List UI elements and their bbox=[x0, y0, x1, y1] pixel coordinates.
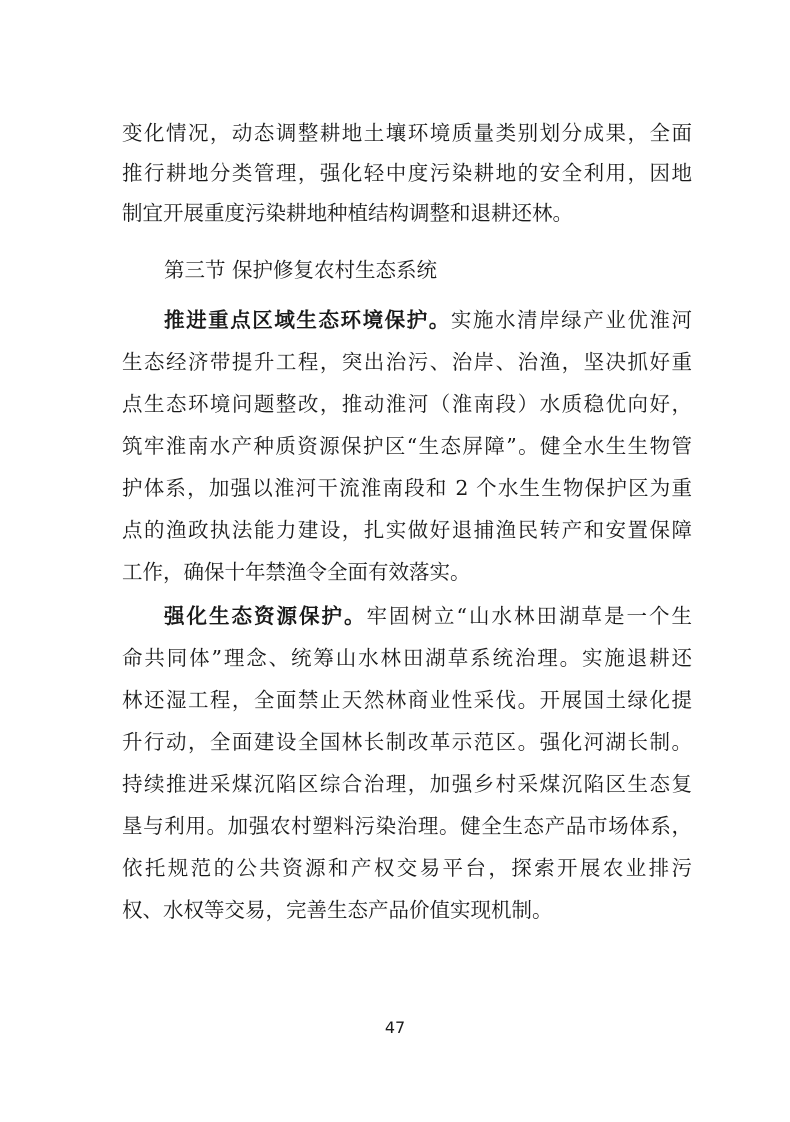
paragraph-line: 命共同体”理念、统筹山水林田湖草系统治理。实施退耕还 bbox=[122, 644, 692, 672]
paragraph-line: 变化情况，动态调整耕地土壤环境质量类别划分成果，全面 bbox=[122, 119, 692, 147]
paragraph-line: 升行动，全面建设全国林长制改革示范区。强化河湖长制。 bbox=[122, 728, 692, 756]
section-heading: 第三节 保护修复农村生态系统 bbox=[164, 256, 437, 284]
paragraph-line: 点生态环境问题整改，推动淮河（淮南段）水质稳优向好， bbox=[122, 390, 692, 418]
paragraph-line: 依托规范的公共资源和产权交易平台，探索开展农业排污 bbox=[122, 854, 692, 882]
paragraph-lead: 强化生态资源保护。 bbox=[164, 604, 367, 628]
paragraph-line: 林还湿工程，全面禁止天然林商业性采伐。开展国土绿化提 bbox=[122, 686, 692, 714]
paragraph-line: 垦与利用。加强农村塑料污染治理。健全生态产品市场体系， bbox=[122, 812, 692, 840]
paragraph-line: 权、水权等交易，完善生态产品价值实现机制。 bbox=[122, 896, 692, 924]
document-page: 变化情况，动态调整耕地土壤环境质量类别划分成果，全面 推行耕地分类管理，强化轻中… bbox=[0, 0, 790, 1122]
paragraph-lead: 推进重点区域生态环境保护。 bbox=[164, 308, 451, 332]
paragraph-first-line: 强化生态资源保护。牢固树立“山水林田湖草是一个生 bbox=[164, 602, 692, 630]
paragraph-first-line: 推进重点区域生态环境保护。实施水清岸绿产业优淮河 bbox=[164, 306, 692, 334]
paragraph-line: 点的渔政执法能力建设，扎实做好退捕渔民转产和安置保障 bbox=[122, 516, 692, 544]
paragraph-line: 筑牢淮南水产种质资源保护区“生态屏障”。健全水生生物管 bbox=[122, 432, 692, 460]
paragraph-line: 护体系，加强以淮河干流淮南段和 2 个水生生物保护区为重 bbox=[122, 474, 692, 502]
paragraph-line: 生态经济带提升工程，突出治污、治岸、治渔，坚决抓好重 bbox=[122, 348, 692, 376]
paragraph-line: 制宜开展重度污染耕地种植结构调整和退耕还林。 bbox=[122, 199, 692, 227]
page-number: 47 bbox=[0, 1018, 790, 1037]
paragraph-line: 工作，确保十年禁渔令全面有效落实。 bbox=[122, 558, 692, 586]
paragraph-text: 牢固树立“山水林田湖草是一个生 bbox=[367, 604, 693, 628]
paragraph-line: 持续推进采煤沉陷区综合治理，加强乡村采煤沉陷区生态复 bbox=[122, 770, 692, 798]
paragraph-text: 实施水清岸绿产业优淮河 bbox=[451, 308, 692, 332]
paragraph-line: 推行耕地分类管理，强化轻中度污染耕地的安全利用，因地 bbox=[122, 159, 692, 187]
